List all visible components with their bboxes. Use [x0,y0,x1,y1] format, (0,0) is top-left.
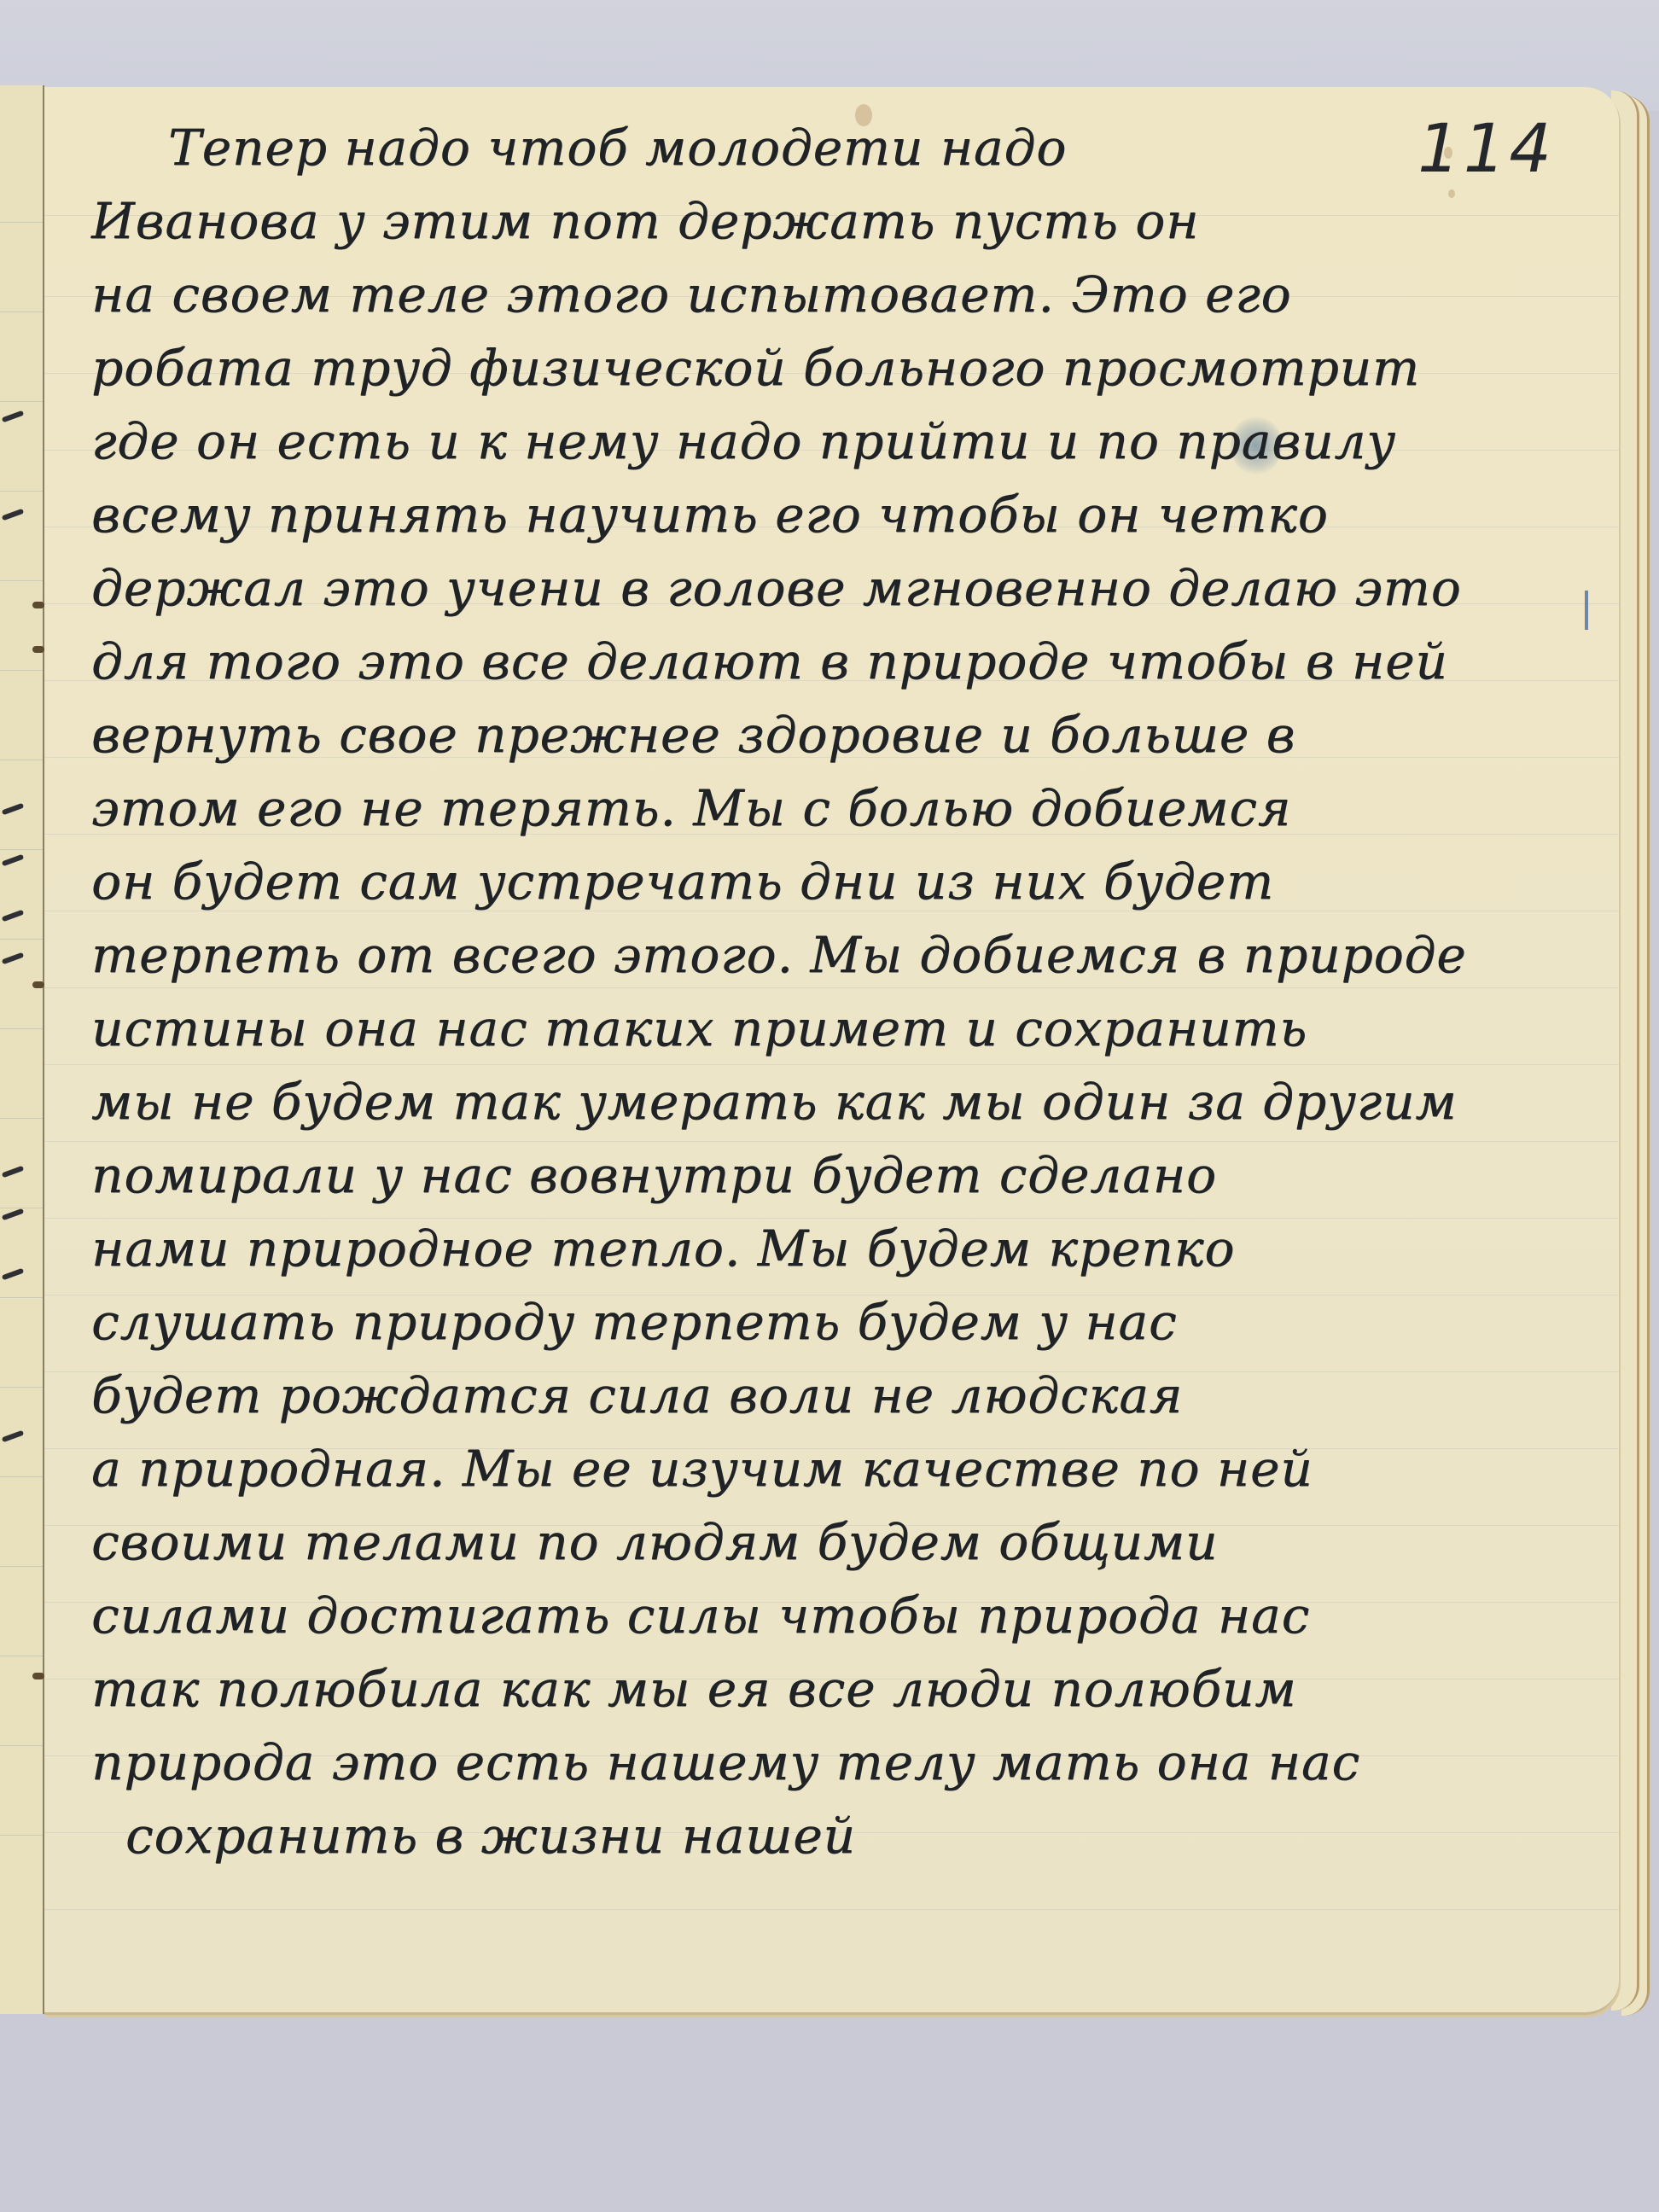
margin-ink-mark [1585,591,1588,630]
text-line: так полюбила как мы ея все люди полюбим [91,1652,1542,1726]
text-line: этом его не терять. Мы с болью добиемся [91,771,1542,845]
binding-staple [32,1673,44,1679]
left-page-ink-mark [2,952,24,965]
left-page-ink-mark [2,803,24,816]
text-line: где он есть и к нему надо прийти и по пр… [91,405,1542,478]
text-line: мы не будем так умерать как мы один за д… [91,1065,1542,1138]
left-page-ink-mark [2,1430,24,1443]
text-line: силами достигать силы чтобы природа нас [91,1579,1542,1652]
left-page-ink-mark [2,1208,24,1221]
left-page-ink-mark [2,1268,24,1281]
text-line: своими телами по людям будем общими [91,1505,1542,1579]
text-line: терпеть от всего этого. Мы добиемся в пр… [91,918,1542,992]
left-page-ink-mark [2,509,24,521]
binding-staple [32,646,44,653]
text-line: истины она нас таких примет и сохранить [91,992,1542,1065]
text-line: будет рождатся сила воли не людская [91,1359,1542,1432]
text-line: держал это учени в голове мгновенно дела… [91,551,1542,625]
text-line: помирали у нас вовнутри будет сделано [91,1138,1542,1212]
text-line: для того это все делают в природе чтобы … [91,625,1542,698]
handwritten-text: Тепер надо чтоб молодети надо Иванова у … [91,111,1542,1872]
previous-page-edge [0,85,44,2014]
binding-staple [32,981,44,988]
left-page-ink-mark [2,1166,24,1179]
text-line: природа это есть нашему телу мать она на… [91,1726,1542,1799]
text-line: а природная. Мы ее изучим качестве по не… [91,1432,1542,1505]
text-line: нами природное тепло. Мы будем крепко [91,1212,1542,1285]
left-page-ink-mark [2,910,24,923]
text-line: он будет сам устречать дни из них будет [91,845,1542,918]
left-page-ink-mark [2,410,24,423]
text-line: сохранить в жизни нашей [91,1799,1542,1872]
text-line: вернуть свое прежнее здоровие и больше в [91,698,1542,771]
text-line: Тепер надо чтоб молодети надо [91,111,1542,184]
binding-staple [32,602,44,608]
text-line: робата труд физической больного просмотр… [91,331,1542,405]
left-page-ink-mark [2,854,24,867]
text-line: слушать природу терпеть будем у нас [91,1285,1542,1359]
text-line: всему принять научить его чтобы он четко [91,478,1542,551]
notebook-page: 114 Тепер надо чтоб молодети надо Иванов… [44,87,1619,2015]
text-line: на своем теле этого испытовает. Это его [91,258,1542,331]
text-line: Иванова у этим пот держать пусть он [91,184,1542,258]
